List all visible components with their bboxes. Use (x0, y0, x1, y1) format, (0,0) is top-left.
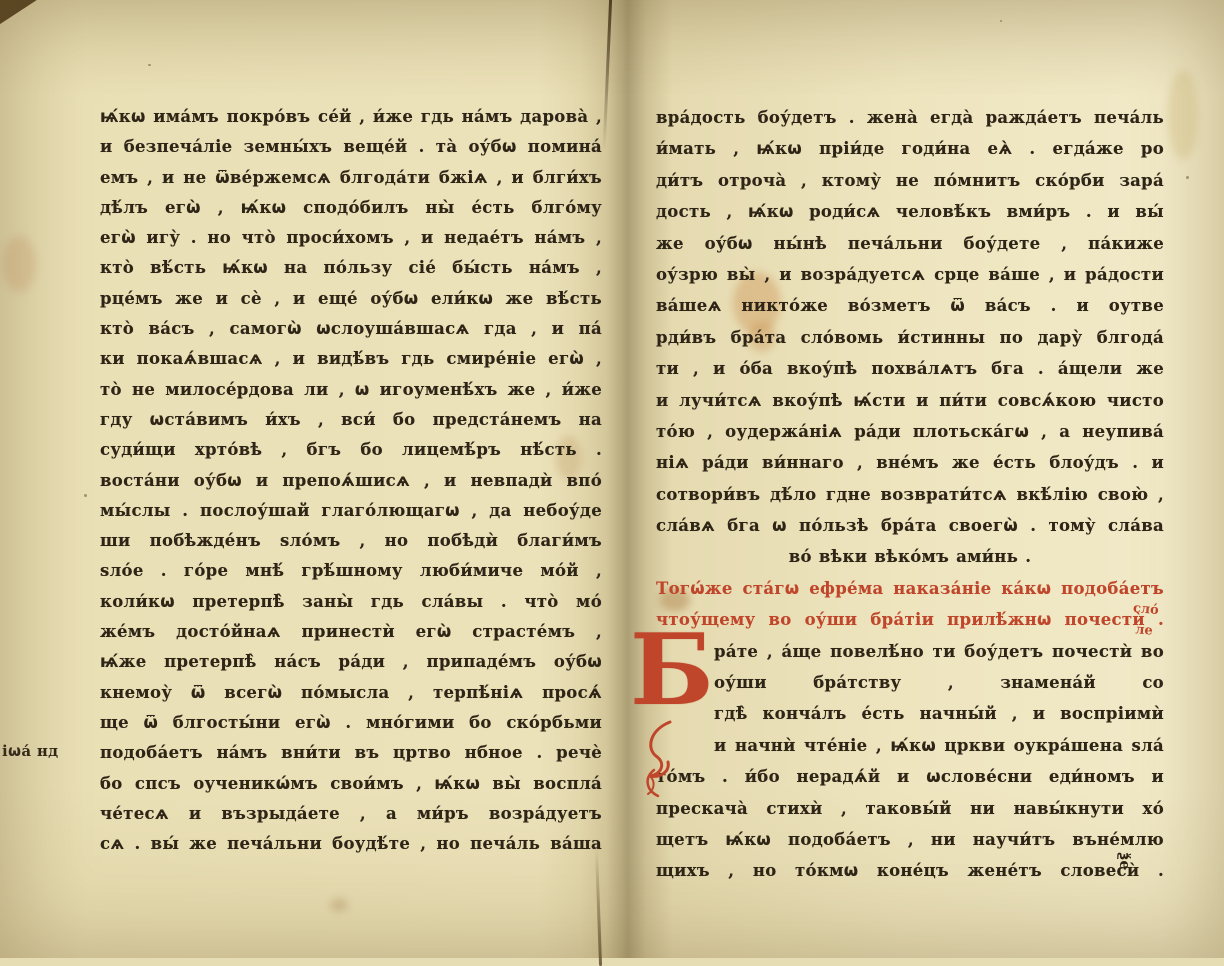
text-line: кто̀ ва́съ , самогѡ̀ ѡслоуша́вшасѧ гда ,… (100, 314, 602, 344)
text-line: то̀ не милосе́рдова ли , ѡ игоуменѣ́хъ ж… (100, 375, 602, 405)
book-spread: ѩ́кѡ има́мъ покро́въ се́й , и́же гдь на́… (0, 0, 1224, 958)
text-line: рце́мъ же и сѐ , и еще́ оу́бѡ ели́кѡ же … (100, 284, 602, 314)
text-line: вра́дость боу́детъ . жена̀ егда̀ ражда́е… (656, 102, 1164, 133)
text-line: прескача̀ стихѝ , таковы́й ни навы́кнути… (656, 793, 1164, 824)
text-line: сѧ . вы́ же печа́льни боудѣ́те , но печа… (100, 829, 602, 859)
text-line: кто̀ вѣ́сть ѩ́кѡ на по́льзу сіе́ бы́сть … (100, 253, 602, 283)
text-line: то́ю , оудержа́ніѧ ра́ди плотьска́гѡ , а… (656, 416, 1164, 447)
paper-speck (148, 64, 151, 66)
text-line: ѕло́е . го́ре мнѣ́ грѣ́шному люби́миче м… (100, 556, 602, 586)
margin-gloss-chapter-ref: сло́ ле (1130, 599, 1159, 643)
paper-speck (1000, 20, 1002, 22)
text-line: воста́ни оу́бѡ и препоѧ́шисѧ , и невпадѝ… (100, 466, 602, 496)
text-line: же́мъ досто́йнаѧ принестѝ егѡ̀ страсте́м… (100, 617, 602, 647)
text-line: ѩ́кѡ има́мъ покро́въ се́й , и́же гдь на́… (100, 102, 602, 132)
text-line: ѩ́же претерпѣ̀ на́съ ра́ди , припаде́мъ … (100, 647, 602, 677)
amen-line: во́ вѣки вѣко́мъ ами́нь . (656, 541, 1164, 572)
text-line: ки покаѧ́вшасѧ , и видѣ́въ гдь смире́ніе… (100, 344, 602, 374)
text-line: оу́зрю вы̀ , и возра́дуетсѧ срце ва́ше ,… (656, 259, 1164, 290)
paper-stain (2, 236, 36, 292)
text-line: емъ , и не ѿве́ржемсѧ блгода́ти бжіѧ , и… (100, 163, 602, 193)
text-line: ди́тъ отроча̀ , ктому̀ не по́мнитъ ско́р… (656, 165, 1164, 196)
paper-speck (84, 494, 87, 497)
text-line: ще ѿ блгосты́ни егѡ̀ . мно́гими бо ско́р… (100, 708, 602, 738)
text-line: ва́шеѧ никто́же во́зметъ ѿ ва́съ . и оут… (656, 290, 1164, 321)
text-line: сотвори́въ дѣ́ло гдне возврати́тсѧ вкѣ́л… (656, 479, 1164, 510)
text-line: рди́въ бра́та сло́вомь и́стинны по дару̀… (656, 322, 1164, 353)
right-page-text-block: вра́дость боу́детъ . жена̀ егда̀ ражда́е… (656, 102, 1164, 887)
text-line: оу́ши бра́тству , знамена́й со скоропыта… (656, 667, 1164, 698)
text-line: ши побѣжде́нъ ѕло́мъ , но побѣдѝ благи́м… (100, 526, 602, 556)
text-line: ти , и о́ба вкоу́пѣ похва́лѧтъ бга . а́щ… (656, 353, 1164, 384)
paper-stain (1168, 70, 1198, 160)
text-line: и лучи́тсѧ вкоу́пѣ ѩ́сти и пи́ти совсѧ́к… (656, 385, 1164, 416)
drop-cap-flourish (640, 720, 686, 800)
text-line: и начнѝ чте́ніе , ѩ́кѡ цркви оукра́шена … (656, 730, 1164, 761)
text-line: щетъ ѩ́кѡ подоба́етъ , ни научи́тъ въне́… (656, 824, 1164, 855)
text-line: бо спсъ оученикѡ́мъ свои́мъ , ѩ́кѡ вы̀ в… (100, 769, 602, 799)
gloss-number: ле (1130, 620, 1157, 643)
text-line: и́мать , ѩ́кѡ пріи́де годи́на еѧ̀ . егда… (656, 133, 1164, 164)
margin-note-scripture-ref: іѡа́ нд (2, 742, 66, 760)
text-line: то́мъ . и́бо нерадѧ́й и ѡслове́сни еди́н… (656, 761, 1164, 792)
text-line: че́тесѧ и възрыда́ете , а ми́ръ возра́ду… (100, 799, 602, 829)
text-line: гдѣ̀ конча́лъ е́сть начны́й , и воспріим… (656, 698, 1164, 729)
text-line: суди́щи хрто́вѣ , бгъ бо лицемѣ́ръ нѣ́ст… (100, 435, 602, 465)
text-line: егѡ̀ игу̀ . но что̀ проси́хомъ , и недае… (100, 223, 602, 253)
text-line: дѣ́лъ егѡ̀ , ѩ́кѡ сподо́билъ ны̀ е́сть б… (100, 193, 602, 223)
text-line: подоба́етъ на́мъ вни́ти въ цртво нбное .… (100, 738, 602, 768)
rubric-heading-line: Тогѡ́же ста́гѡ ефре́ма наказа́ніе ка́кѡ … (656, 573, 1164, 604)
quire-signature-mark: ѯе (1116, 852, 1134, 870)
text-line: гду ѡста́вимъ и́хъ , вси́ бо предста́нем… (100, 405, 602, 435)
binding-corner-shadow (0, 0, 46, 28)
text-line: мы́слы . послоу́шай глаго́лющагѡ , да не… (100, 496, 602, 526)
text-line: коли́кѡ претерпѣ̀ заны̀ гдь сла́вы . что… (100, 587, 602, 617)
text-line: и безпеча́ліе земны́хъ веще́й . та̀ оу́б… (100, 132, 602, 162)
text-line: щихъ , но то́кмѡ коне́цъ жене́тъ словесѝ… (656, 855, 1164, 886)
left-page-text-block: ѩ́кѡ има́мъ покро́въ се́й , и́же гдь на́… (100, 102, 602, 859)
text-line: сла́вѧ бга ѡ по́льзѣ бра́та своегѡ̀ . то… (656, 510, 1164, 541)
rubric-heading-line: чтоу́щему во оу́ши бра́тіи прилѣ́жнѡ поч… (656, 604, 1164, 635)
text-line: дость , ѩ́кѡ роди́сѧ человѣ́къ вми́ръ . … (656, 196, 1164, 227)
gloss-word: сло́ (1132, 599, 1159, 622)
ornate-drop-cap-letter: Б (630, 622, 714, 720)
paper-stain (330, 898, 348, 912)
paper-speck (1186, 176, 1189, 179)
text-line: ра́те , а́ще повелѣ́но ти боу́детъ почес… (656, 636, 1164, 667)
text-line: же оу́бѡ ны́нѣ печа́льни боу́дете , па́к… (656, 228, 1164, 259)
text-line: ніѧ ра́ди ви́ннаго , вне́мъ же е́сть бло… (656, 447, 1164, 478)
text-line: кнемоу̀ ѿ всегѡ̀ по́мысла , терпѣ́ніѧ пр… (100, 678, 602, 708)
